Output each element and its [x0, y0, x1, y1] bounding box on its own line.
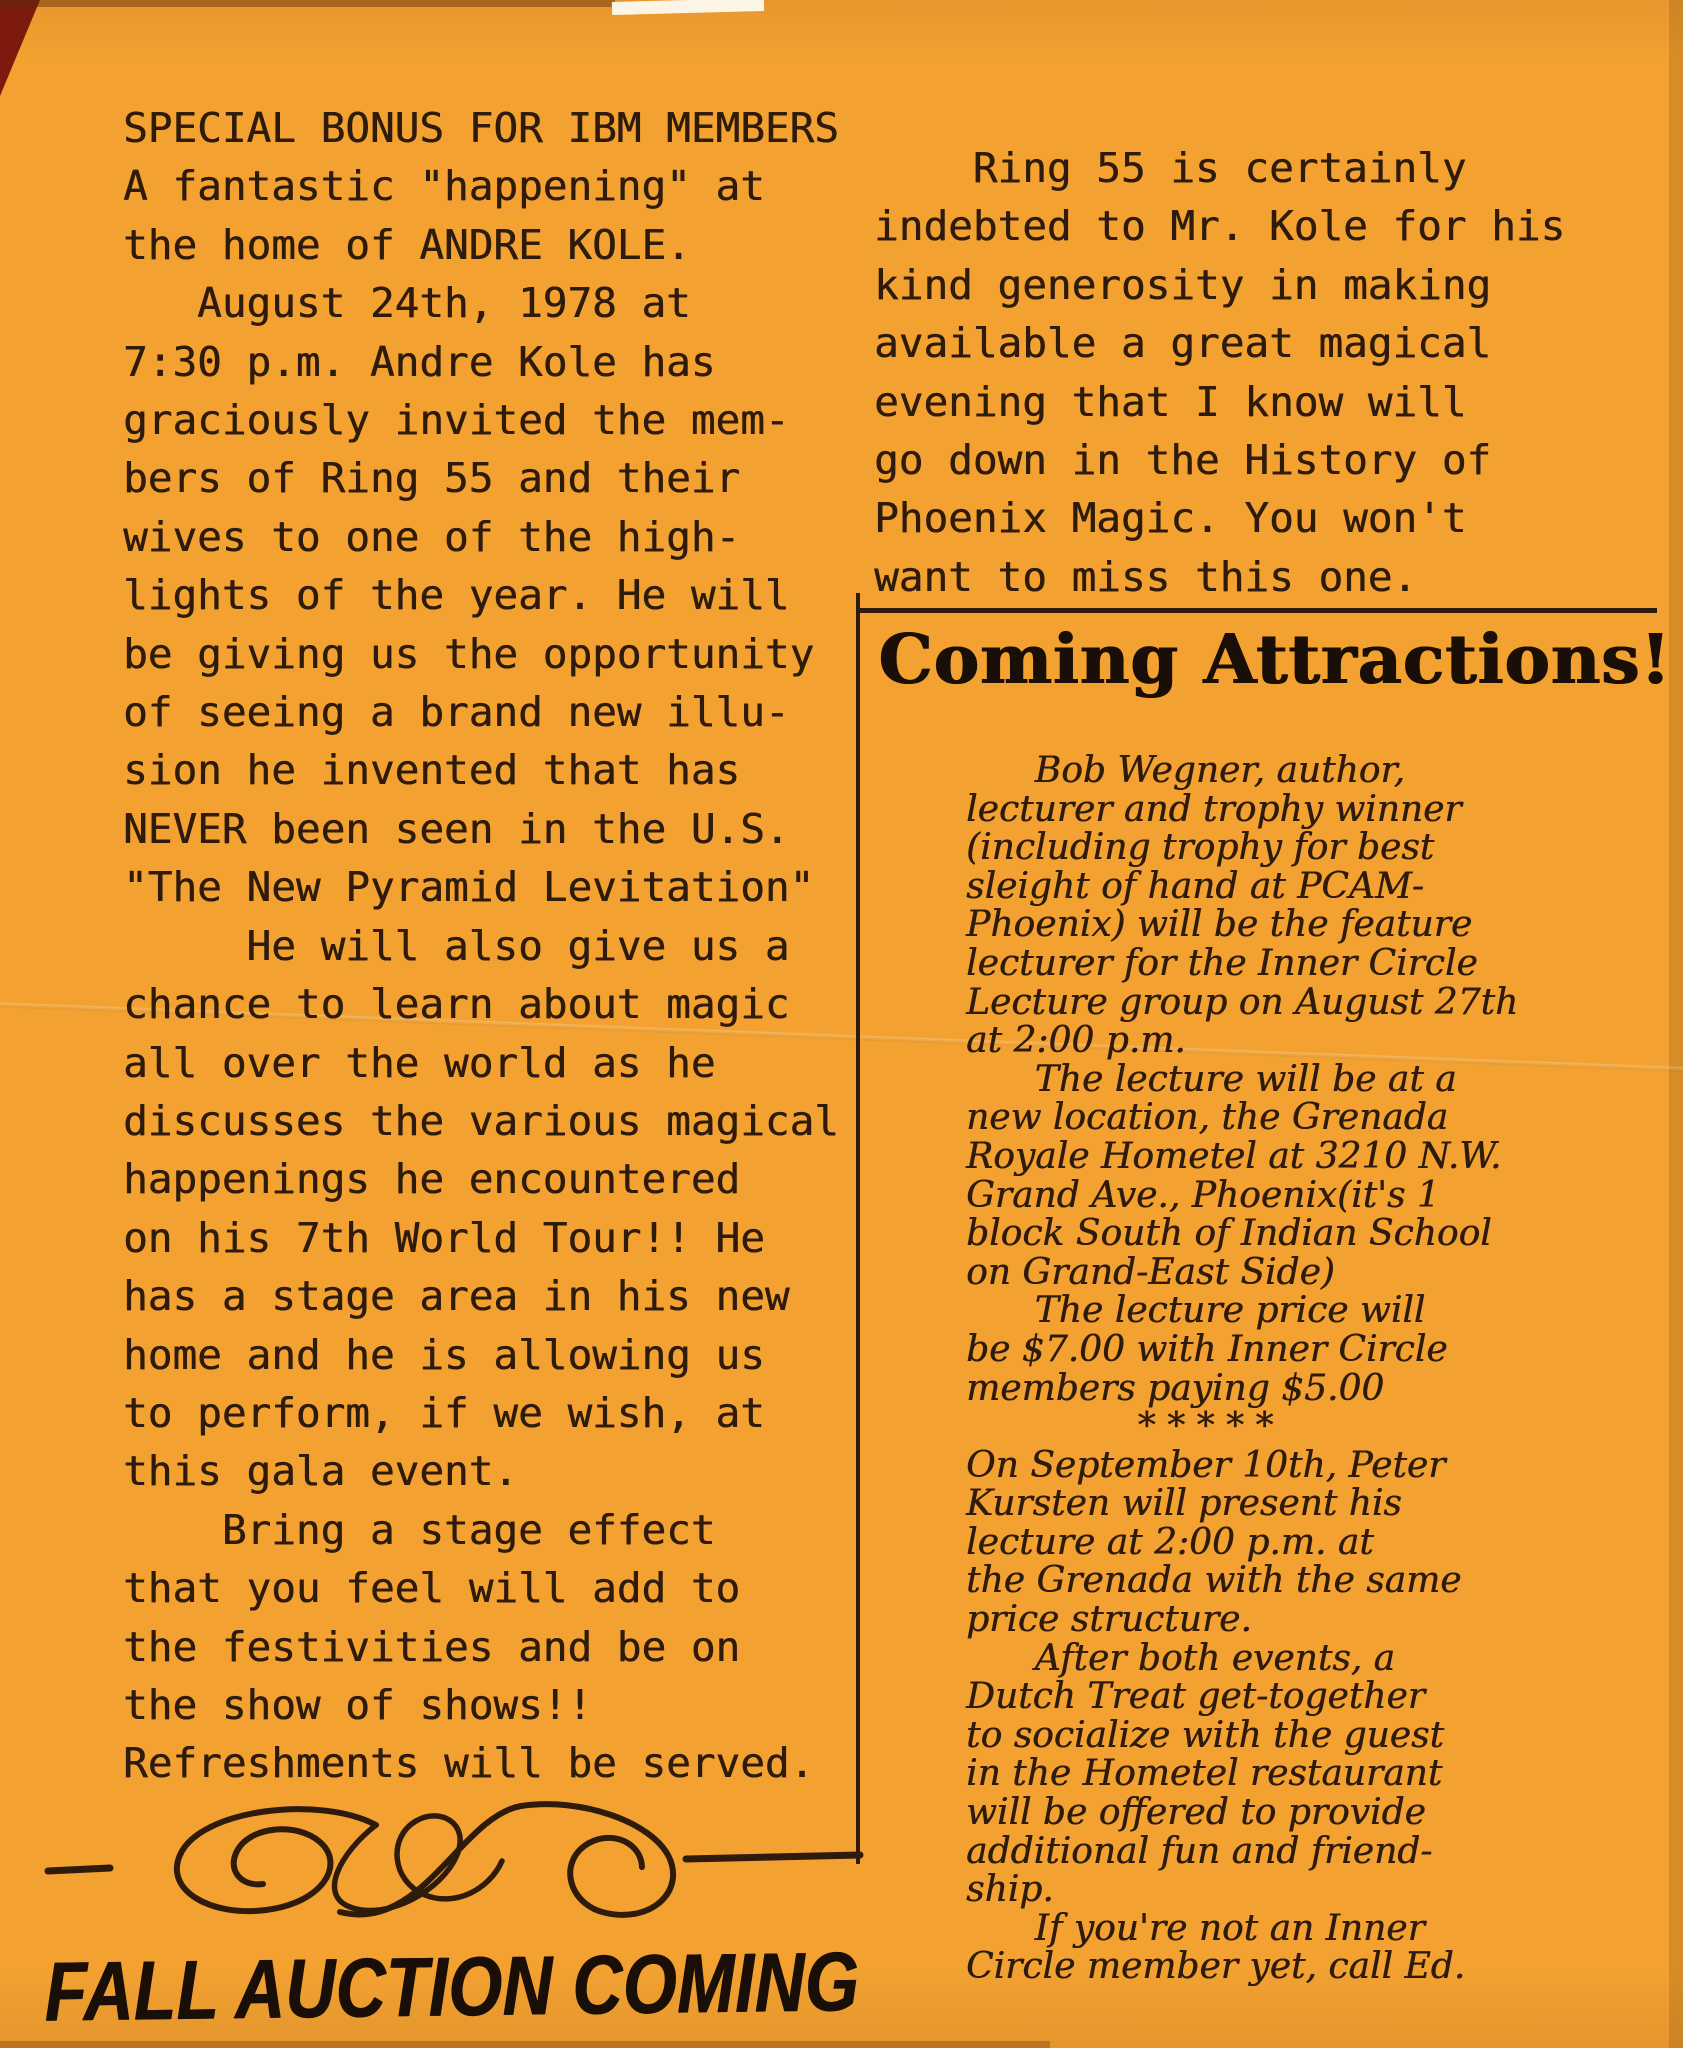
scan-artifact-right-edge — [1669, 0, 1683, 2048]
scan-artifact-corner-wedge — [0, 0, 40, 96]
left-column-text: SPECIAL BONUS FOR IBM MEMBERS A fantasti… — [123, 99, 839, 1793]
scan-artifact-top-edge — [0, 0, 615, 7]
coming-attractions-heading: Coming Attractions! — [878, 620, 1671, 700]
scan-artifact-bottom-edge — [0, 2041, 1050, 2048]
coming-attractions-box-corner-tick — [856, 593, 860, 610]
right-column-text: Ring 55 is certainly indebted to Mr. Kol… — [874, 139, 1565, 606]
fall-auction-headline: FALL AUCTION COMING — [44, 1940, 859, 2035]
flourish-ornament-icon — [40, 1795, 870, 1945]
coming-attractions-body: Bob Wegner, author, lecturer and trophy … — [966, 752, 1518, 1987]
scan-artifact-white-sliver — [612, 0, 764, 15]
newsletter-page: SPECIAL BONUS FOR IBM MEMBERS A fantasti… — [0, 0, 1683, 2048]
